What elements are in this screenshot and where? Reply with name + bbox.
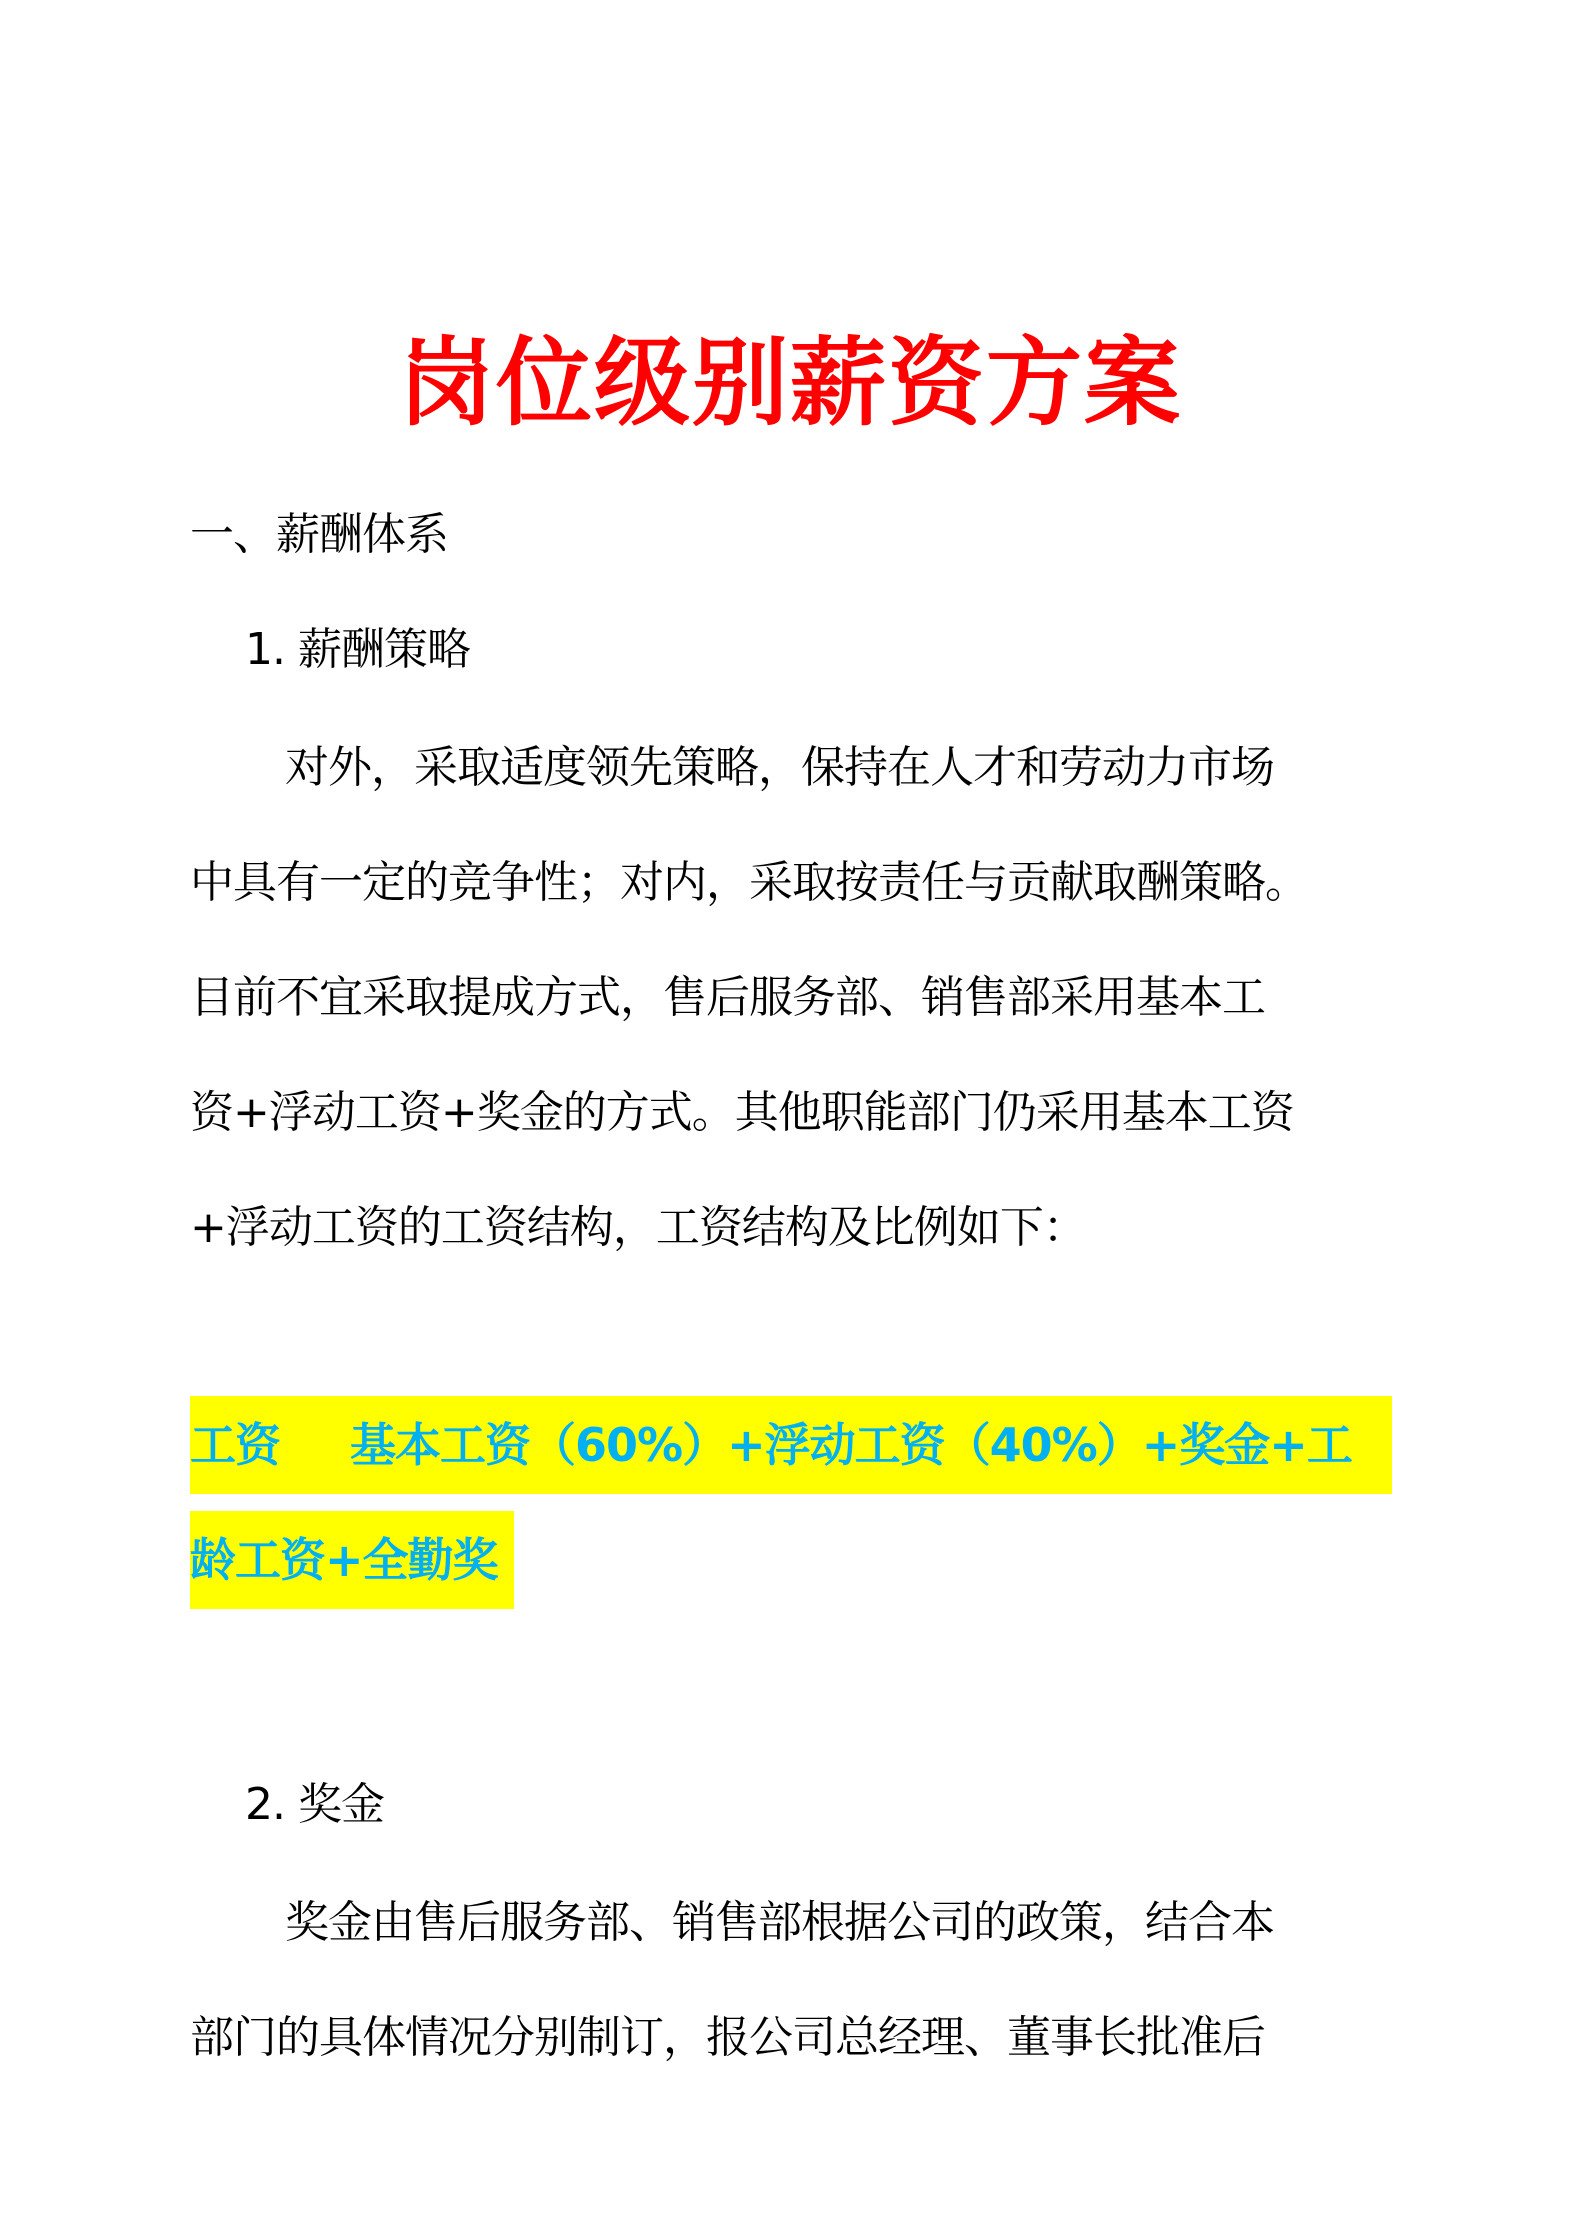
- paragraph-line: 资+浮动工资+奖金的方式。其他职能部门仍采用基本工资: [190, 1083, 1294, 1143]
- paragraph-line: 目前不宜采取提成方式，售后服务部、销售部采用基本工: [190, 968, 1265, 1028]
- salary-structure-label: 工资: [190, 1418, 280, 1472]
- subsection-heading-bonus: 2. 奖金: [245, 1775, 384, 1835]
- paragraph-line: 中具有一定的竞争性；对内，采取按责任与贡献取酬策略。: [190, 853, 1308, 913]
- subsection-heading-compensation-strategy: 1. 薪酬策略: [245, 620, 470, 680]
- paragraph-line: 对外，采取适度领先策略，保持在人才和劳动力市场: [285, 738, 1274, 798]
- paragraph-line: 部门的具体情况分别制订，报公司总经理、董事长批准后: [190, 2008, 1265, 2068]
- paragraph-line: +浮动工资的工资结构，工资结构及比例如下：: [190, 1198, 1086, 1258]
- document-page: 岗位级别薪资方案 一、薪酬体系 1. 薪酬策略 对外，采取适度领先策略，保持在人…: [0, 0, 1580, 2237]
- salary-structure-highlight-row-2: 龄工资+全勤奖: [190, 1511, 514, 1609]
- salary-structure-formula-line-1: 基本工资（60%）+浮动工资（40%）+奖金+工: [350, 1418, 1352, 1472]
- paragraph-line: 奖金由售后服务部、销售部根据公司的政策，结合本: [285, 1893, 1274, 1953]
- document-title: 岗位级别薪资方案: [0, 318, 1580, 448]
- section-heading-compensation-system: 一、薪酬体系: [190, 505, 448, 565]
- salary-structure-formula-line-2: 龄工资+全勤奖: [190, 1533, 498, 1587]
- salary-structure-highlight-row-1: 工资基本工资（60%）+浮动工资（40%）+奖金+工: [190, 1396, 1392, 1494]
